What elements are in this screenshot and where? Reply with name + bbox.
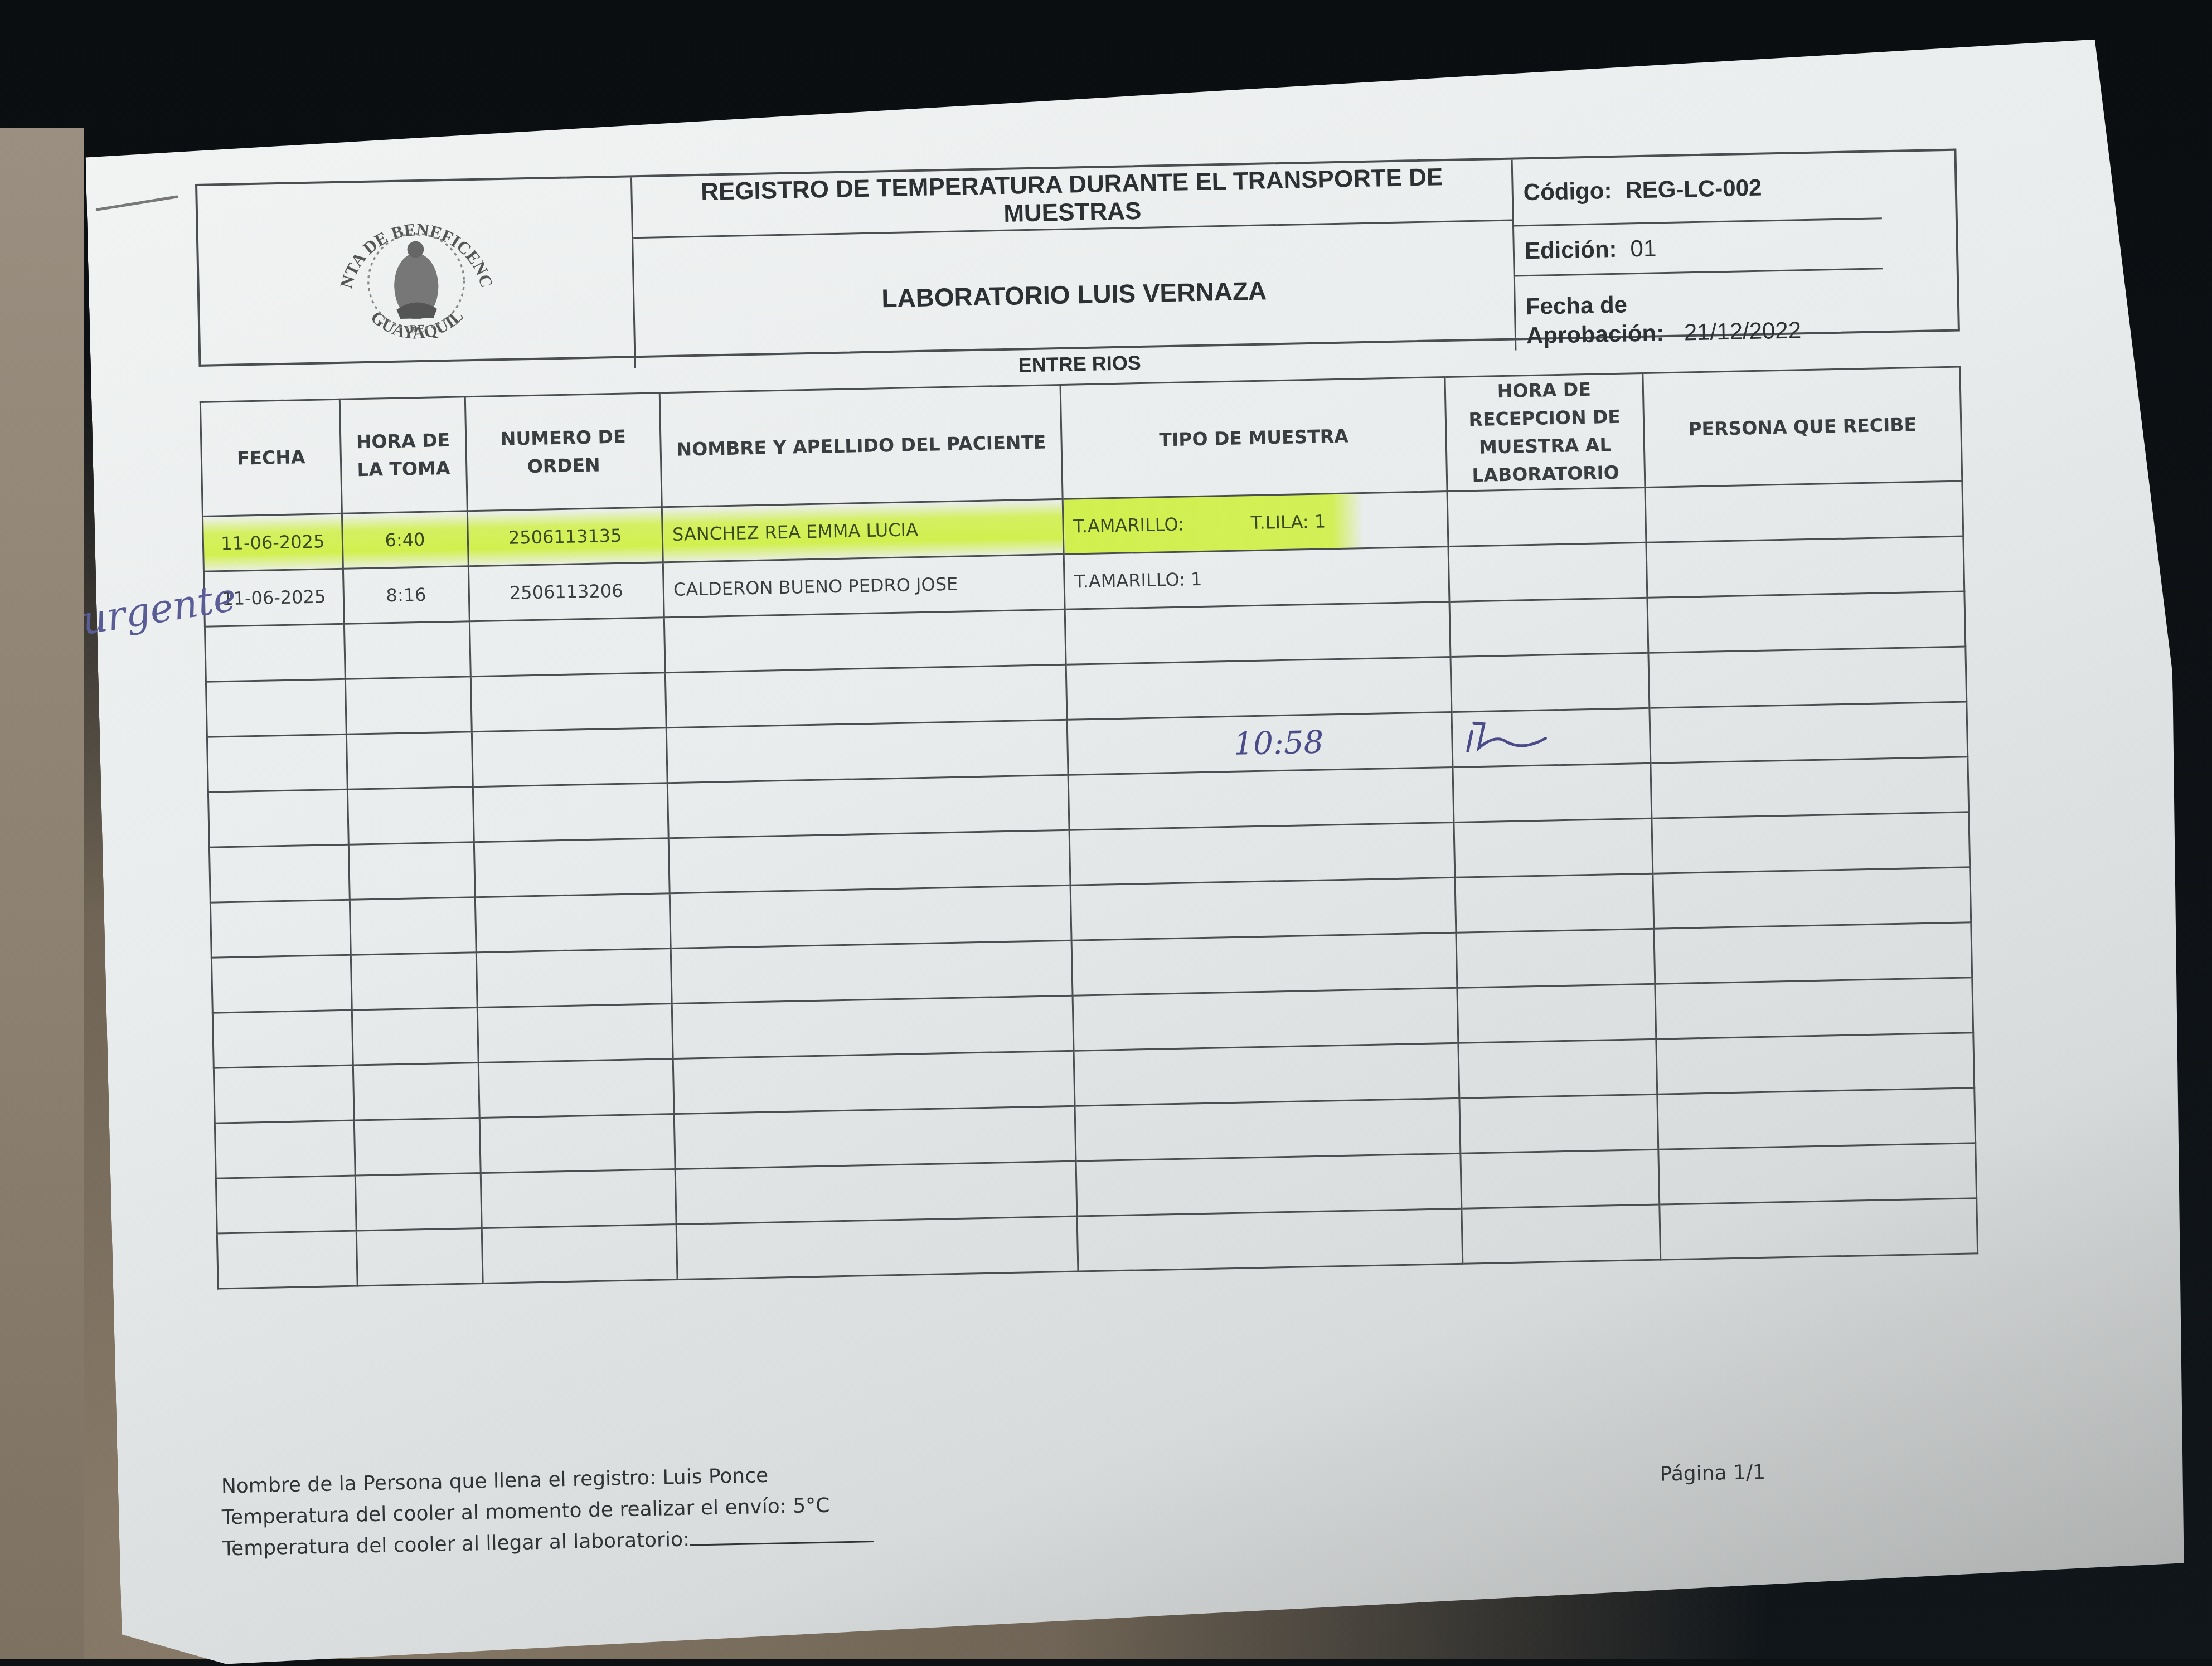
cell-hora-toma[interactable] bbox=[355, 1173, 482, 1231]
fecha-aprobacion-label-1: Fecha de bbox=[1525, 291, 1627, 319]
cell-persona-recibe[interactable] bbox=[1647, 591, 1966, 653]
cell-numero-orden[interactable] bbox=[481, 1169, 677, 1228]
cell-persona-recibe[interactable] bbox=[1656, 1033, 1975, 1094]
cell-paciente[interactable]: SANCHEZ REA EMMA LUCIA bbox=[662, 499, 1064, 562]
cell-numero-orden[interactable] bbox=[470, 673, 667, 732]
cell-hora-recepcion[interactable] bbox=[1449, 598, 1648, 657]
cell-persona-recibe[interactable] bbox=[1650, 702, 1968, 763]
fecha-aprobacion-field: Fecha de Aprobación: 21/12/2022 bbox=[1515, 269, 1885, 350]
tipo-muestra-b bbox=[1269, 567, 1269, 588]
cell-fecha[interactable] bbox=[207, 734, 347, 792]
cell-hora-toma[interactable] bbox=[356, 1228, 483, 1286]
cell-numero-orden[interactable] bbox=[479, 1114, 676, 1173]
cell-hora-toma[interactable] bbox=[348, 842, 475, 900]
tipo-muestra-b: T.LILA: 1 bbox=[1250, 511, 1326, 533]
cell-hora-toma[interactable] bbox=[354, 1118, 481, 1176]
cooler-temp-arrival-blank[interactable] bbox=[690, 1524, 874, 1546]
logo-cell: JUNTA DE BENEFICENCIA GUAYAQUIL DE bbox=[197, 177, 636, 377]
document-meta: Código: REG-LC-002 Edición: 01 Fecha de … bbox=[1513, 152, 1885, 350]
cell-persona-recibe[interactable] bbox=[1658, 1143, 1977, 1204]
institution-seal-icon: JUNTA DE BENEFICENCIA GUAYAQUIL DE bbox=[322, 183, 510, 371]
cell-hora-recepcion[interactable] bbox=[1447, 487, 1646, 546]
codigo-field: Código: REG-LC-002 bbox=[1513, 152, 1882, 226]
cell-hora-toma[interactable] bbox=[345, 677, 472, 734]
cell-persona-recibe[interactable] bbox=[1654, 922, 1972, 984]
fecha-aprobacion-label-2: Aprobación: bbox=[1526, 319, 1664, 348]
cell-fecha[interactable] bbox=[205, 624, 345, 682]
cell-hora-recepcion[interactable] bbox=[1451, 653, 1650, 712]
cell-hora-toma[interactable]: 6:40 bbox=[342, 511, 468, 569]
column-header-fecha: FECHA bbox=[200, 399, 342, 516]
column-header-numero-orden: NUMERO DE ORDEN bbox=[465, 393, 662, 511]
cell-tipo-muestra[interactable] bbox=[1069, 822, 1454, 885]
cell-paciente[interactable] bbox=[672, 995, 1074, 1058]
cell-paciente[interactable] bbox=[674, 1106, 1076, 1169]
cell-numero-orden[interactable]: 2506113135 bbox=[467, 507, 663, 566]
cell-numero-orden[interactable] bbox=[476, 949, 672, 1008]
signature-icon bbox=[1462, 716, 1574, 757]
cell-hora-toma[interactable] bbox=[344, 621, 470, 679]
column-header-persona-recibe: PERSONA QUE RECIBE bbox=[1643, 367, 1962, 487]
edicion-value: 01 bbox=[1630, 235, 1657, 262]
register-table: FECHAHORA DE LA TOMANUMERO DE ORDENNOMBR… bbox=[200, 366, 1978, 1290]
cell-paciente[interactable] bbox=[676, 1216, 1078, 1279]
cell-tipo-muestra[interactable]: T.AMARILLO: 1 bbox=[1064, 547, 1449, 610]
cooler-temp-arrival-label: Temperatura del cooler al llegar al labo… bbox=[222, 1528, 690, 1561]
cell-tipo-muestra[interactable]: 10:58 bbox=[1067, 712, 1452, 775]
codigo-value: REG-LC-002 bbox=[1625, 174, 1762, 203]
cell-numero-orden[interactable] bbox=[473, 783, 669, 842]
cell-paciente[interactable] bbox=[669, 830, 1071, 893]
cell-persona-recibe[interactable] bbox=[1657, 1088, 1976, 1149]
background-surface bbox=[0, 128, 84, 1659]
cell-tipo-muestra[interactable] bbox=[1073, 988, 1458, 1051]
cell-hora-recepcion[interactable] bbox=[1452, 708, 1651, 767]
cell-paciente[interactable] bbox=[671, 940, 1073, 1003]
cell-fecha[interactable] bbox=[209, 844, 350, 902]
cell-fecha[interactable] bbox=[206, 679, 346, 737]
title-cell: REGISTRO DE TEMPERATURA DURANTE EL TRANS… bbox=[632, 160, 1517, 368]
cell-paciente[interactable] bbox=[675, 1161, 1077, 1224]
handwritten-time: 10:58 bbox=[1233, 724, 1324, 762]
cell-hora-recepcion[interactable] bbox=[1461, 1149, 1660, 1208]
cell-persona-recibe[interactable] bbox=[1652, 812, 1970, 873]
page-number: Página 1/1 bbox=[1660, 1457, 1765, 1490]
cell-paciente[interactable] bbox=[666, 664, 1068, 727]
cell-tipo-muestra[interactable] bbox=[1076, 1153, 1461, 1216]
codigo-label: Código: bbox=[1523, 177, 1612, 206]
tipo-muestra-a: T.AMARILLO: 1 bbox=[1074, 569, 1202, 592]
cell-persona-recibe[interactable] bbox=[1648, 647, 1967, 708]
column-header-hora-recepcion: HORA DE RECEPCION DE MUESTRA AL LABORATO… bbox=[1445, 373, 1645, 491]
cell-fecha[interactable] bbox=[208, 789, 348, 847]
cell-numero-orden[interactable] bbox=[474, 838, 670, 897]
cell-tipo-muestra[interactable] bbox=[1066, 657, 1451, 720]
cell-numero-orden[interactable] bbox=[475, 893, 671, 953]
cell-tipo-muestra[interactable] bbox=[1068, 767, 1453, 830]
cell-fecha[interactable]: 11-06-2025 bbox=[202, 513, 343, 571]
cell-paciente[interactable] bbox=[664, 609, 1066, 672]
cell-hora-recepcion[interactable] bbox=[1459, 1094, 1658, 1153]
column-header-paciente: NOMBRE Y APELLIDO DEL PACIENTE bbox=[660, 385, 1063, 507]
cell-paciente[interactable] bbox=[673, 1051, 1075, 1114]
cell-numero-orden[interactable] bbox=[477, 1004, 673, 1063]
cell-paciente[interactable] bbox=[668, 775, 1070, 838]
cell-tipo-muestra[interactable]: T.AMARILLO:T.LILA: 1 bbox=[1063, 492, 1448, 555]
lab-name: LABORATORIO LUIS VERNAZA bbox=[633, 221, 1515, 368]
cell-numero-orden[interactable] bbox=[472, 728, 668, 787]
cell-hora-toma[interactable] bbox=[347, 787, 474, 844]
cell-hora-toma[interactable] bbox=[351, 953, 477, 1010]
cell-persona-recibe[interactable] bbox=[1646, 536, 1964, 598]
cell-hora-recepcion[interactable] bbox=[1458, 1039, 1657, 1098]
cell-fecha[interactable] bbox=[210, 900, 351, 958]
cell-tipo-muestra[interactable] bbox=[1077, 1208, 1462, 1271]
cell-numero-orden[interactable] bbox=[478, 1059, 675, 1118]
cell-persona-recibe[interactable] bbox=[1659, 1198, 1977, 1260]
cell-hora-recepcion[interactable] bbox=[1453, 763, 1652, 822]
cell-hora-toma[interactable] bbox=[352, 1008, 478, 1065]
cell-persona-recibe[interactable] bbox=[1645, 481, 1963, 542]
cell-hora-toma[interactable] bbox=[350, 897, 476, 955]
cell-tipo-muestra[interactable] bbox=[1075, 1098, 1460, 1161]
column-header-hora-toma: HORA DE LA TOMA bbox=[339, 397, 467, 513]
cell-hora-recepcion[interactable] bbox=[1462, 1204, 1661, 1264]
cell-numero-orden[interactable] bbox=[482, 1225, 678, 1284]
svg-text:DE: DE bbox=[409, 323, 425, 336]
cell-hora-toma[interactable] bbox=[353, 1063, 479, 1120]
cell-fecha[interactable] bbox=[211, 955, 352, 1013]
cell-fecha[interactable] bbox=[212, 1010, 353, 1068]
cell-persona-recibe[interactable] bbox=[1653, 867, 1971, 929]
cell-persona-recibe[interactable] bbox=[1655, 978, 1973, 1039]
edicion-field: Edición: 01 bbox=[1514, 219, 1883, 276]
cell-hora-recepcion[interactable] bbox=[1456, 929, 1655, 988]
edicion-label: Edición: bbox=[1524, 235, 1617, 264]
document-header: JUNTA DE BENEFICENCIA GUAYAQUIL DE REGIS… bbox=[195, 149, 1960, 367]
tipo-muestra-a: T.AMARILLO: bbox=[1073, 514, 1185, 537]
cell-numero-orden[interactable] bbox=[469, 618, 666, 677]
cell-numero-orden[interactable]: 2506113206 bbox=[468, 562, 664, 621]
document: JUNTA DE BENEFICENCIA GUAYAQUIL DE REGIS… bbox=[195, 149, 1978, 1290]
cell-fecha[interactable] bbox=[216, 1176, 356, 1233]
cell-fecha[interactable] bbox=[214, 1065, 354, 1123]
cell-hora-recepcion[interactable] bbox=[1455, 873, 1654, 932]
cell-paciente[interactable]: CALDERON BUENO PEDRO JOSE bbox=[663, 554, 1065, 617]
cell-tipo-muestra[interactable] bbox=[1071, 932, 1457, 995]
column-header-tipo-muestra: TIPO DE MUESTRA bbox=[1060, 377, 1447, 499]
cell-hora-recepcion[interactable] bbox=[1457, 984, 1656, 1043]
cell-tipo-muestra[interactable] bbox=[1065, 601, 1450, 664]
cell-tipo-muestra[interactable] bbox=[1070, 877, 1456, 940]
cell-hora-toma[interactable]: 8:16 bbox=[343, 566, 469, 624]
cell-paciente[interactable] bbox=[667, 720, 1069, 783]
cell-hora-toma[interactable] bbox=[346, 732, 473, 789]
cell-persona-recibe[interactable] bbox=[1651, 757, 1969, 818]
cell-fecha[interactable] bbox=[217, 1231, 357, 1289]
cell-paciente[interactable] bbox=[670, 885, 1072, 948]
cell-hora-recepcion[interactable] bbox=[1454, 818, 1653, 877]
cell-tipo-muestra[interactable] bbox=[1074, 1043, 1459, 1106]
cell-hora-recepcion[interactable] bbox=[1448, 542, 1647, 601]
cell-fecha[interactable] bbox=[215, 1120, 355, 1178]
fecha-aprobacion-value: 21/12/2022 bbox=[1684, 317, 1801, 345]
